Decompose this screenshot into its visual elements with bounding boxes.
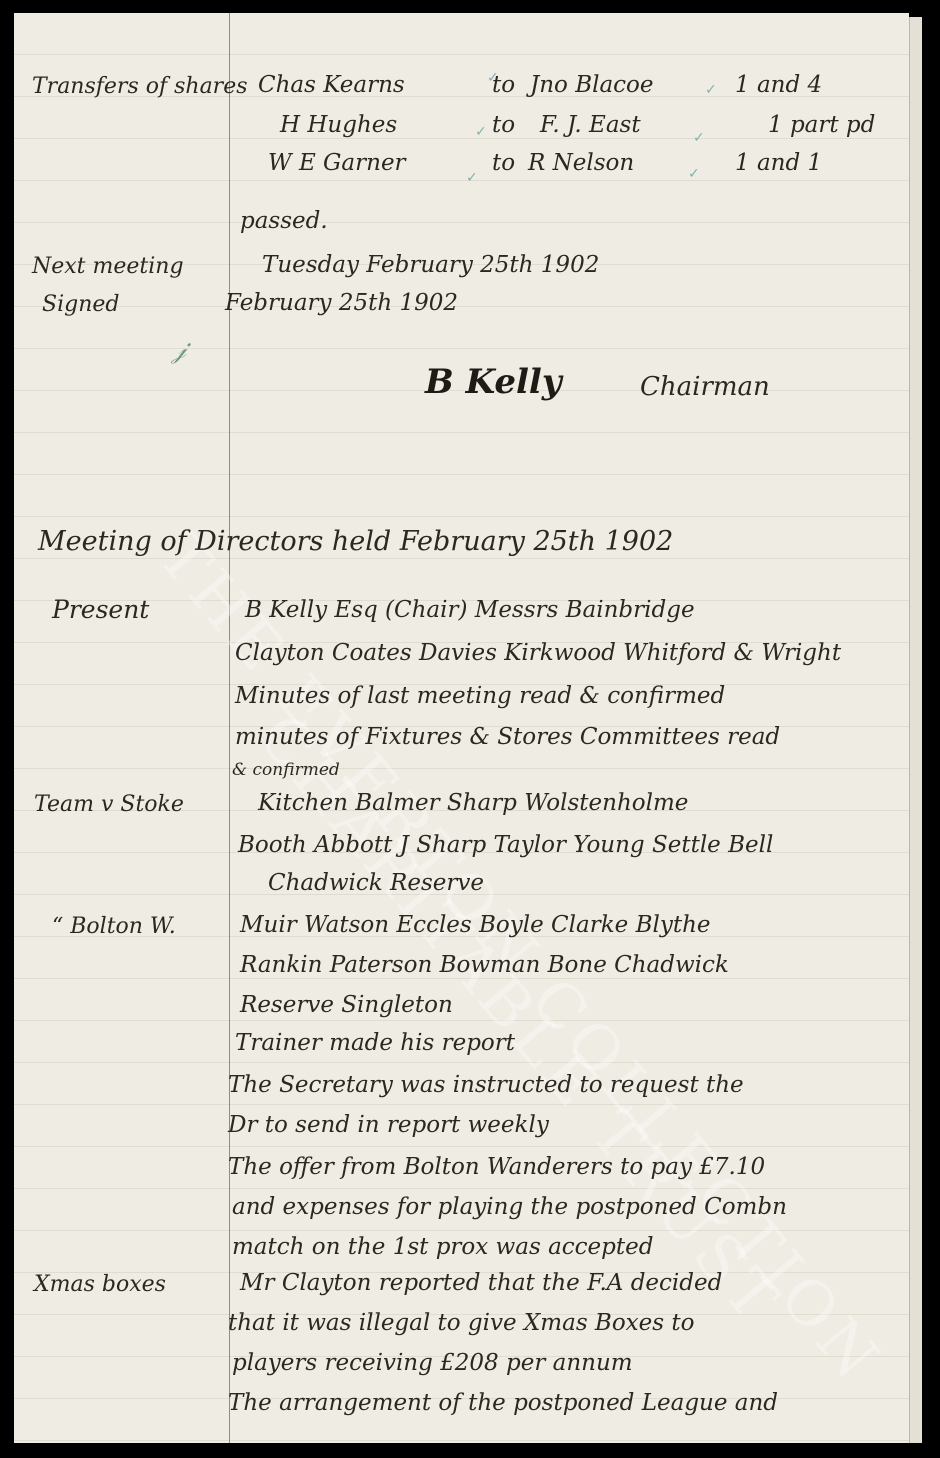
minutes-line: Chadwick Reserve: [268, 870, 484, 896]
minutes-line: The Secretary was instructed to request …: [228, 1072, 744, 1098]
minutes-line: Reserve Singleton: [240, 992, 453, 1018]
check-tick-icon: ✓: [475, 124, 487, 140]
present-label: Present: [52, 595, 149, 624]
check-tick-icon: ✓: [466, 170, 478, 186]
check-tick-icon: ✓: [693, 130, 705, 146]
xmas-boxes-label: Xmas boxes: [34, 1272, 166, 1297]
minutes-line: players receiving £208 per annum: [232, 1350, 633, 1376]
green-initial-mark: 𝒿: [172, 335, 186, 366]
minutes-line: Mr Clayton reported that the F.A decided: [240, 1270, 722, 1296]
minutes-line: minutes of Fixtures & Stores Committees …: [235, 724, 780, 750]
minutes-line: & confirmed: [232, 760, 340, 780]
minutes-line: and expenses for playing the postponed C…: [232, 1194, 787, 1220]
transfer-to: Jno Blacoe: [530, 72, 654, 98]
chairman-title: Chairman: [640, 372, 770, 402]
minutes-line: B Kelly Esq (Chair) Messrs Bainbridge: [245, 597, 695, 623]
transfers-result: passed.: [240, 208, 328, 234]
meeting-heading: Meeting of Directors held February 25th …: [38, 526, 673, 557]
transfer-from: Chas Kearns: [258, 72, 405, 98]
transfers-label: Transfers of shares: [32, 74, 248, 99]
next-page-edge: [909, 17, 922, 1443]
minutes-line: Booth Abbott J Sharp Taylor Young Settle…: [238, 832, 773, 858]
transfer-shares: 1 and 1: [735, 150, 822, 176]
team-stoke-label: Team v Stoke: [34, 792, 184, 817]
next-meeting-label: Next meeting: [32, 254, 184, 279]
signed-value: February 25th 1902: [225, 290, 458, 316]
minutes-line: that it was illegal to give Xmas Boxes t…: [228, 1310, 694, 1336]
check-tick-icon: ✓: [487, 70, 499, 86]
minutes-line: Rankin Paterson Bowman Bone Chadwick: [240, 952, 729, 978]
transfer-to-word: to: [492, 150, 515, 176]
minutes-line: Trainer made his report: [235, 1030, 515, 1056]
margin-rule: [229, 13, 230, 1443]
minutes-line: Minutes of last meeting read & confirmed: [235, 683, 725, 709]
minutes-line: Muir Watson Eccles Boyle Clarke Blythe: [240, 912, 711, 938]
transfer-from: H Hughes: [280, 112, 397, 138]
transfer-shares: 1 part pd: [768, 112, 875, 138]
check-tick-icon: ✓: [705, 82, 717, 98]
check-tick-icon: ✓: [688, 166, 700, 182]
transfer-to: R Nelson: [528, 150, 634, 176]
minutes-line: Clayton Coates Davies Kirkwood Whitford …: [235, 640, 841, 666]
minutes-line: The arrangement of the postponed League …: [228, 1390, 778, 1416]
chairman-signature: B Kelly: [425, 362, 562, 402]
transfer-to-word: to: [492, 112, 515, 138]
signed-label: Signed: [42, 292, 119, 317]
minutes-line: The offer from Bolton Wanderers to pay £…: [228, 1154, 765, 1180]
transfer-from: W E Garner: [268, 150, 406, 176]
team-bolton-label: “ Bolton W.: [52, 914, 176, 939]
minutes-line: match on the 1st prox was accepted: [232, 1234, 653, 1260]
minutes-line: Dr to send in report weekly: [228, 1112, 549, 1138]
transfer-shares: 1 and 4: [735, 72, 822, 98]
transfer-to: F. J. East: [540, 112, 641, 138]
next-meeting-value: Tuesday February 25th 1902: [262, 252, 599, 278]
minutes-line: Kitchen Balmer Sharp Wolstenholme: [258, 790, 688, 816]
